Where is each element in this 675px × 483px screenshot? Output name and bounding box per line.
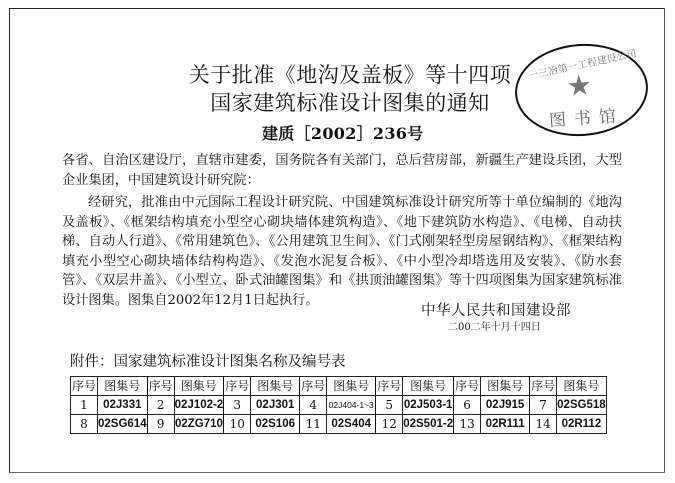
header-code: 图集号 <box>327 377 376 396</box>
header-code: 图集号 <box>481 377 530 396</box>
seq-cell: 3 <box>224 396 251 415</box>
code-cell: 02SG518 <box>557 396 607 415</box>
seq-cell: 12 <box>376 415 403 434</box>
code-cell: 02R112 <box>557 415 607 434</box>
body-paragraph: 经研究，批准由中元国际工程设计研究院、中国建筑标准设计研究所等十单位编制的《地沟… <box>62 193 622 310</box>
seq-cell: 13 <box>454 415 481 434</box>
seq-cell: 9 <box>147 415 174 434</box>
header-code: 图集号 <box>98 377 148 396</box>
header-seq: 序号 <box>71 377 98 396</box>
code-cell: 02J102-2 <box>174 396 224 415</box>
seq-cell: 5 <box>376 396 403 415</box>
table-header-row: 序号 图集号 序号 图集号 序号 图集号 序号 图集号 序号 图集号 序号 图集… <box>71 377 607 396</box>
code-cell: 02R111 <box>481 415 530 434</box>
code-cell: 02J404-1~3 <box>327 396 376 415</box>
header-seq: 序号 <box>300 377 327 396</box>
seq-cell: 1 <box>71 396 98 415</box>
star-icon: ★ <box>566 71 593 101</box>
header-code: 图集号 <box>557 377 607 396</box>
seq-cell: 14 <box>530 415 557 434</box>
issue-date: 二00二年十月十四日 <box>448 318 541 333</box>
code-cell: 02S501-2 <box>403 415 454 434</box>
seq-cell: 7 <box>530 396 557 415</box>
header-code: 图集号 <box>174 377 224 396</box>
addressees-paragraph: 各省、自治区建设厅，直辖市建委，国务院各有关部门，总后营房部，新疆生产建设兵团，… <box>62 151 622 190</box>
code-cell: 02J301 <box>251 396 300 415</box>
code-cell: 02SG614 <box>98 415 148 434</box>
seq-cell: 2 <box>147 396 174 415</box>
seq-cell: 6 <box>454 396 481 415</box>
header-seq: 序号 <box>530 377 557 396</box>
header-seq: 序号 <box>454 377 481 396</box>
table-row: 1 02J331 2 02J102-2 3 02J301 4 02J404-1~… <box>71 396 607 415</box>
code-cell: 02J331 <box>98 396 148 415</box>
code-cell: 02J503-1 <box>403 396 454 415</box>
table-row: 8 02SG614 9 02ZG710 10 02S106 11 02S404 … <box>71 415 607 434</box>
atlas-code-table: 序号 图集号 序号 图集号 序号 图集号 序号 图集号 序号 图集号 序号 图集… <box>70 376 607 434</box>
attachment-title: 附件：国家建筑标准设计图集名称及编号表 <box>70 350 346 371</box>
notice-title-line-1: 关于批准《地沟及盖板》等十四项 <box>150 59 550 89</box>
issuer-signature: 中华人民共和国建设部 <box>421 299 571 320</box>
header-seq: 序号 <box>147 377 174 396</box>
code-cell: 02ZG710 <box>174 415 224 434</box>
document-number: 建质［2002］236号 <box>262 121 424 144</box>
seq-cell: 4 <box>300 396 327 415</box>
code-cell: 02S106 <box>251 415 300 434</box>
seq-cell: 11 <box>300 415 327 434</box>
code-cell: 02J915 <box>481 396 530 415</box>
header-code: 图集号 <box>251 377 300 396</box>
seq-cell: 8 <box>71 415 98 434</box>
seq-cell: 10 <box>224 415 251 434</box>
code-cell: 02S404 <box>327 415 376 434</box>
notice-title-line-2: 国家建筑标准设计图集的通知 <box>150 87 550 117</box>
header-code: 图集号 <box>403 377 454 396</box>
header-seq: 序号 <box>376 377 403 396</box>
header-seq: 序号 <box>224 377 251 396</box>
